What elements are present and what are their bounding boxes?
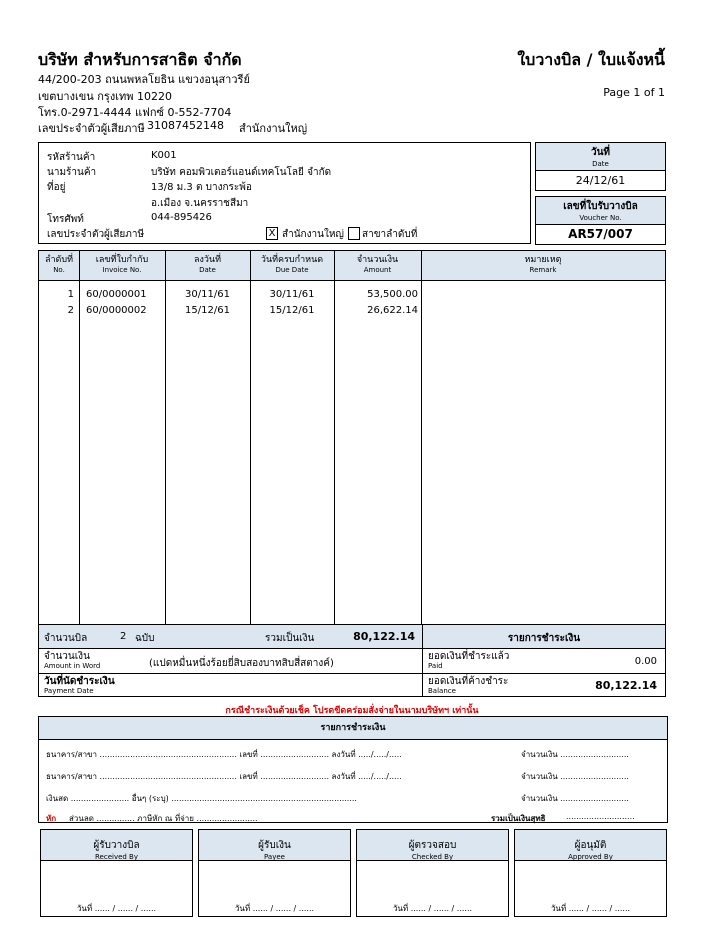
column-header-5: หมายเหตุRemark xyxy=(421,255,665,275)
column-sub: Date xyxy=(165,266,250,275)
bank-line-2[interactable]: ธนาคาร/สาขา ............................… xyxy=(46,770,402,783)
company-branch: สำนักงานใหญ่ xyxy=(239,119,307,137)
amount-line-1[interactable]: จำนวนเงิน ........................... xyxy=(521,748,629,761)
cheque-notice: กรณีชำระเงินด้วยเช็ค โปรดขีดคร่อมสั่งจ่า… xyxy=(38,703,666,717)
head-office-label: สำนักงานใหญ่ xyxy=(282,227,344,242)
signature-box-2: ผู้ตรวจสอบ Checked By วันที่ ...... / ..… xyxy=(356,829,509,917)
voucher-sub: Voucher No. xyxy=(536,214,665,223)
bill-unit: ฉบับ xyxy=(135,631,155,646)
branch-checkbox[interactable] xyxy=(348,227,360,240)
customer-phone: 044-895426 xyxy=(151,212,212,223)
bill-count: 2 xyxy=(120,631,126,642)
date-sub: Date xyxy=(536,160,665,169)
cell-invoice: 60/0000001 xyxy=(86,289,166,300)
document-title: ใบวางบิล / ใบแจ้งหนี้ xyxy=(517,48,665,73)
paid-amount: 0.00 xyxy=(635,656,657,667)
signature-date[interactable]: วันที่ ...... / ...... / ...... xyxy=(199,902,350,915)
paid-sub: Paid xyxy=(428,662,509,671)
column-header-1: เลขที่ใบกำกับInvoice No. xyxy=(79,255,165,275)
customer-name-label: นามร้านค้า xyxy=(47,165,96,180)
signature-label: ผู้ตรวจสอบ xyxy=(409,840,457,851)
paid-label: ยอดเงินที่ชำระแล้ว xyxy=(428,651,509,662)
column-label: จำนวนเงิน xyxy=(357,255,398,265)
company-tax-label: เลขประจำตัวผู้เสียภาษี xyxy=(38,119,145,137)
signature-box-0: ผู้รับวางบิล Received By วันที่ ...... /… xyxy=(40,829,193,917)
amount-line-2[interactable]: จำนวนเงิน ........................... xyxy=(521,770,629,783)
customer-box: รหัสร้านค้า K001 นามร้านค้า บริษัท คอมพิ… xyxy=(38,142,531,244)
head-office-checkbox[interactable]: X xyxy=(266,227,278,240)
balance-sub: Balance xyxy=(428,687,508,696)
column-sub: Remark xyxy=(421,266,665,275)
column-sub: Amount xyxy=(334,266,421,275)
bank-line-1[interactable]: ธนาคาร/สาขา ............................… xyxy=(46,748,402,761)
signature-sub: Received By xyxy=(41,853,192,862)
payment-summary-header: รายการชำระเงิน xyxy=(423,631,665,646)
cell-due: 30/11/61 xyxy=(250,289,334,300)
page-number: Page 1 of 1 xyxy=(603,86,665,99)
signature-sub: Payee xyxy=(199,853,350,862)
customer-tax-label: เลขประจำตัวผู้เสียภาษี xyxy=(47,227,144,242)
column-sub: Due Date xyxy=(250,266,334,275)
payment-header: รายการชำระเงิน xyxy=(39,717,667,740)
amount-line-3[interactable]: จำนวนเงิน ........................... xyxy=(521,792,629,805)
net-total-label: รวมเป็นเงินสุทธิ xyxy=(491,812,546,825)
branch-label: สาขาลำดับที่ xyxy=(362,227,417,242)
cell-date: 15/12/61 xyxy=(165,305,250,316)
net-total-line[interactable]: ........................... xyxy=(566,812,635,821)
cell-no: 1 xyxy=(39,289,74,300)
customer-code-label: รหัสร้านค้า xyxy=(47,150,95,165)
cell-amount: 53,500.00 xyxy=(334,289,418,300)
table-row: 260/000000215/12/6115/12/6126,622.14 xyxy=(39,305,665,320)
column-header-3: วันที่ครบกำหนดDue Date xyxy=(250,255,334,275)
table-row: 160/000000130/11/6130/11/6153,500.00 xyxy=(39,289,665,304)
date-box: วันที่ Date 24/12/61 xyxy=(535,142,666,191)
signature-box-3: ผู้อนุมัติ Approved By วันที่ ...... / .… xyxy=(514,829,667,917)
customer-phone-label: โทรศัพท์ xyxy=(47,212,84,227)
total-label: รวมเป็นเงิน xyxy=(265,631,314,646)
column-label: ลำดับที่ xyxy=(45,255,73,265)
column-label: วันที่ครบกำหนด xyxy=(261,255,323,265)
column-header-0: ลำดับที่No. xyxy=(39,255,79,275)
balance-label: ยอดเงินที่ค้างชำระ xyxy=(428,676,508,687)
payment-date-sub: Payment Date xyxy=(44,687,115,696)
date-label: วันที่ xyxy=(591,147,610,158)
company-tax-id: 31087452148 xyxy=(147,119,224,132)
voucher-label: เลขที่ใบรับวางบิล xyxy=(563,201,638,212)
payment-box: รายการชำระเงิน ธนาคาร/สาขา .............… xyxy=(38,716,668,823)
customer-address-label: ที่อยู่ xyxy=(47,180,65,195)
amount-word-label: จำนวนเงิน xyxy=(44,651,90,662)
payment-date-label: วันที่นัดชำระเงิน xyxy=(44,676,115,687)
voucher-value: AR57/007 xyxy=(536,225,665,244)
column-label: หมายเหตุ xyxy=(524,255,561,265)
customer-code: K001 xyxy=(151,150,177,161)
column-header-2: ลงวันที่Date xyxy=(165,255,250,275)
voucher-box: เลขที่ใบรับวางบิล Voucher No. AR57/007 xyxy=(535,196,666,245)
cell-invoice: 60/0000002 xyxy=(86,305,166,316)
summary-box: จำนวนบิล 2 ฉบับ รวมเป็นเงิน 80,122.14 รา… xyxy=(38,624,666,697)
customer-address-1: 13/8 ม.3 ต บางกระพ้อ xyxy=(151,180,252,195)
cell-due: 15/12/61 xyxy=(250,305,334,316)
column-sub: No. xyxy=(39,266,79,275)
items-table: ลำดับที่No.เลขที่ใบกำกับInvoice No.ลงวัน… xyxy=(38,250,666,625)
signature-box-1: ผู้รับเงิน Payee วันที่ ...... / ...... … xyxy=(198,829,351,917)
amount-in-word: (แปดหมื่นหนึ่งร้อยยี่สิบสองบาทสิบสี่สตาง… xyxy=(149,656,334,671)
deduct-label: หัก xyxy=(46,812,56,825)
bill-count-label: จำนวนบิล xyxy=(44,631,87,646)
cell-date: 30/11/61 xyxy=(165,289,250,300)
signature-date[interactable]: วันที่ ...... / ...... / ...... xyxy=(515,902,666,915)
signature-date[interactable]: วันที่ ...... / ...... / ...... xyxy=(41,902,192,915)
cash-line[interactable]: เงินสด ....................... อื่นๆ (ระ… xyxy=(46,792,486,805)
cell-no: 2 xyxy=(39,305,74,316)
signature-label: ผู้อนุมัติ xyxy=(575,840,607,851)
date-value: 24/12/61 xyxy=(536,171,665,190)
amount-word-sub: Amount in Word xyxy=(44,662,100,671)
balance-amount: 80,122.14 xyxy=(595,679,657,692)
signature-sub: Checked By xyxy=(357,853,508,862)
column-sub: Invoice No. xyxy=(79,266,165,275)
column-header-4: จำนวนเงินAmount xyxy=(334,255,421,275)
deduct-line[interactable]: ส่วนลด ............... ภาษีหัก ณ ที่จ่าย… xyxy=(69,812,258,825)
column-label: เลขที่ใบกำกับ xyxy=(96,255,148,265)
signature-label: ผู้รับเงิน xyxy=(258,840,291,851)
company-address-1: 44/200-203 ถนนพหลโยธิน แขวงอนุสาวรีย์ xyxy=(38,70,250,88)
customer-name: บริษัท คอมพิวเตอร์แอนด์เทคโนโลยี จำกัด xyxy=(151,165,331,180)
column-label: ลงวันที่ xyxy=(194,255,221,265)
customer-address-2: อ.เมือง จ.นครราชสีมา xyxy=(151,196,248,211)
cell-amount: 26,622.14 xyxy=(334,305,418,316)
signature-sub: Approved By xyxy=(515,853,666,862)
signature-label: ผู้รับวางบิล xyxy=(93,840,139,851)
signature-date[interactable]: วันที่ ...... / ...... / ...... xyxy=(357,902,508,915)
total-amount: 80,122.14 xyxy=(353,630,415,643)
